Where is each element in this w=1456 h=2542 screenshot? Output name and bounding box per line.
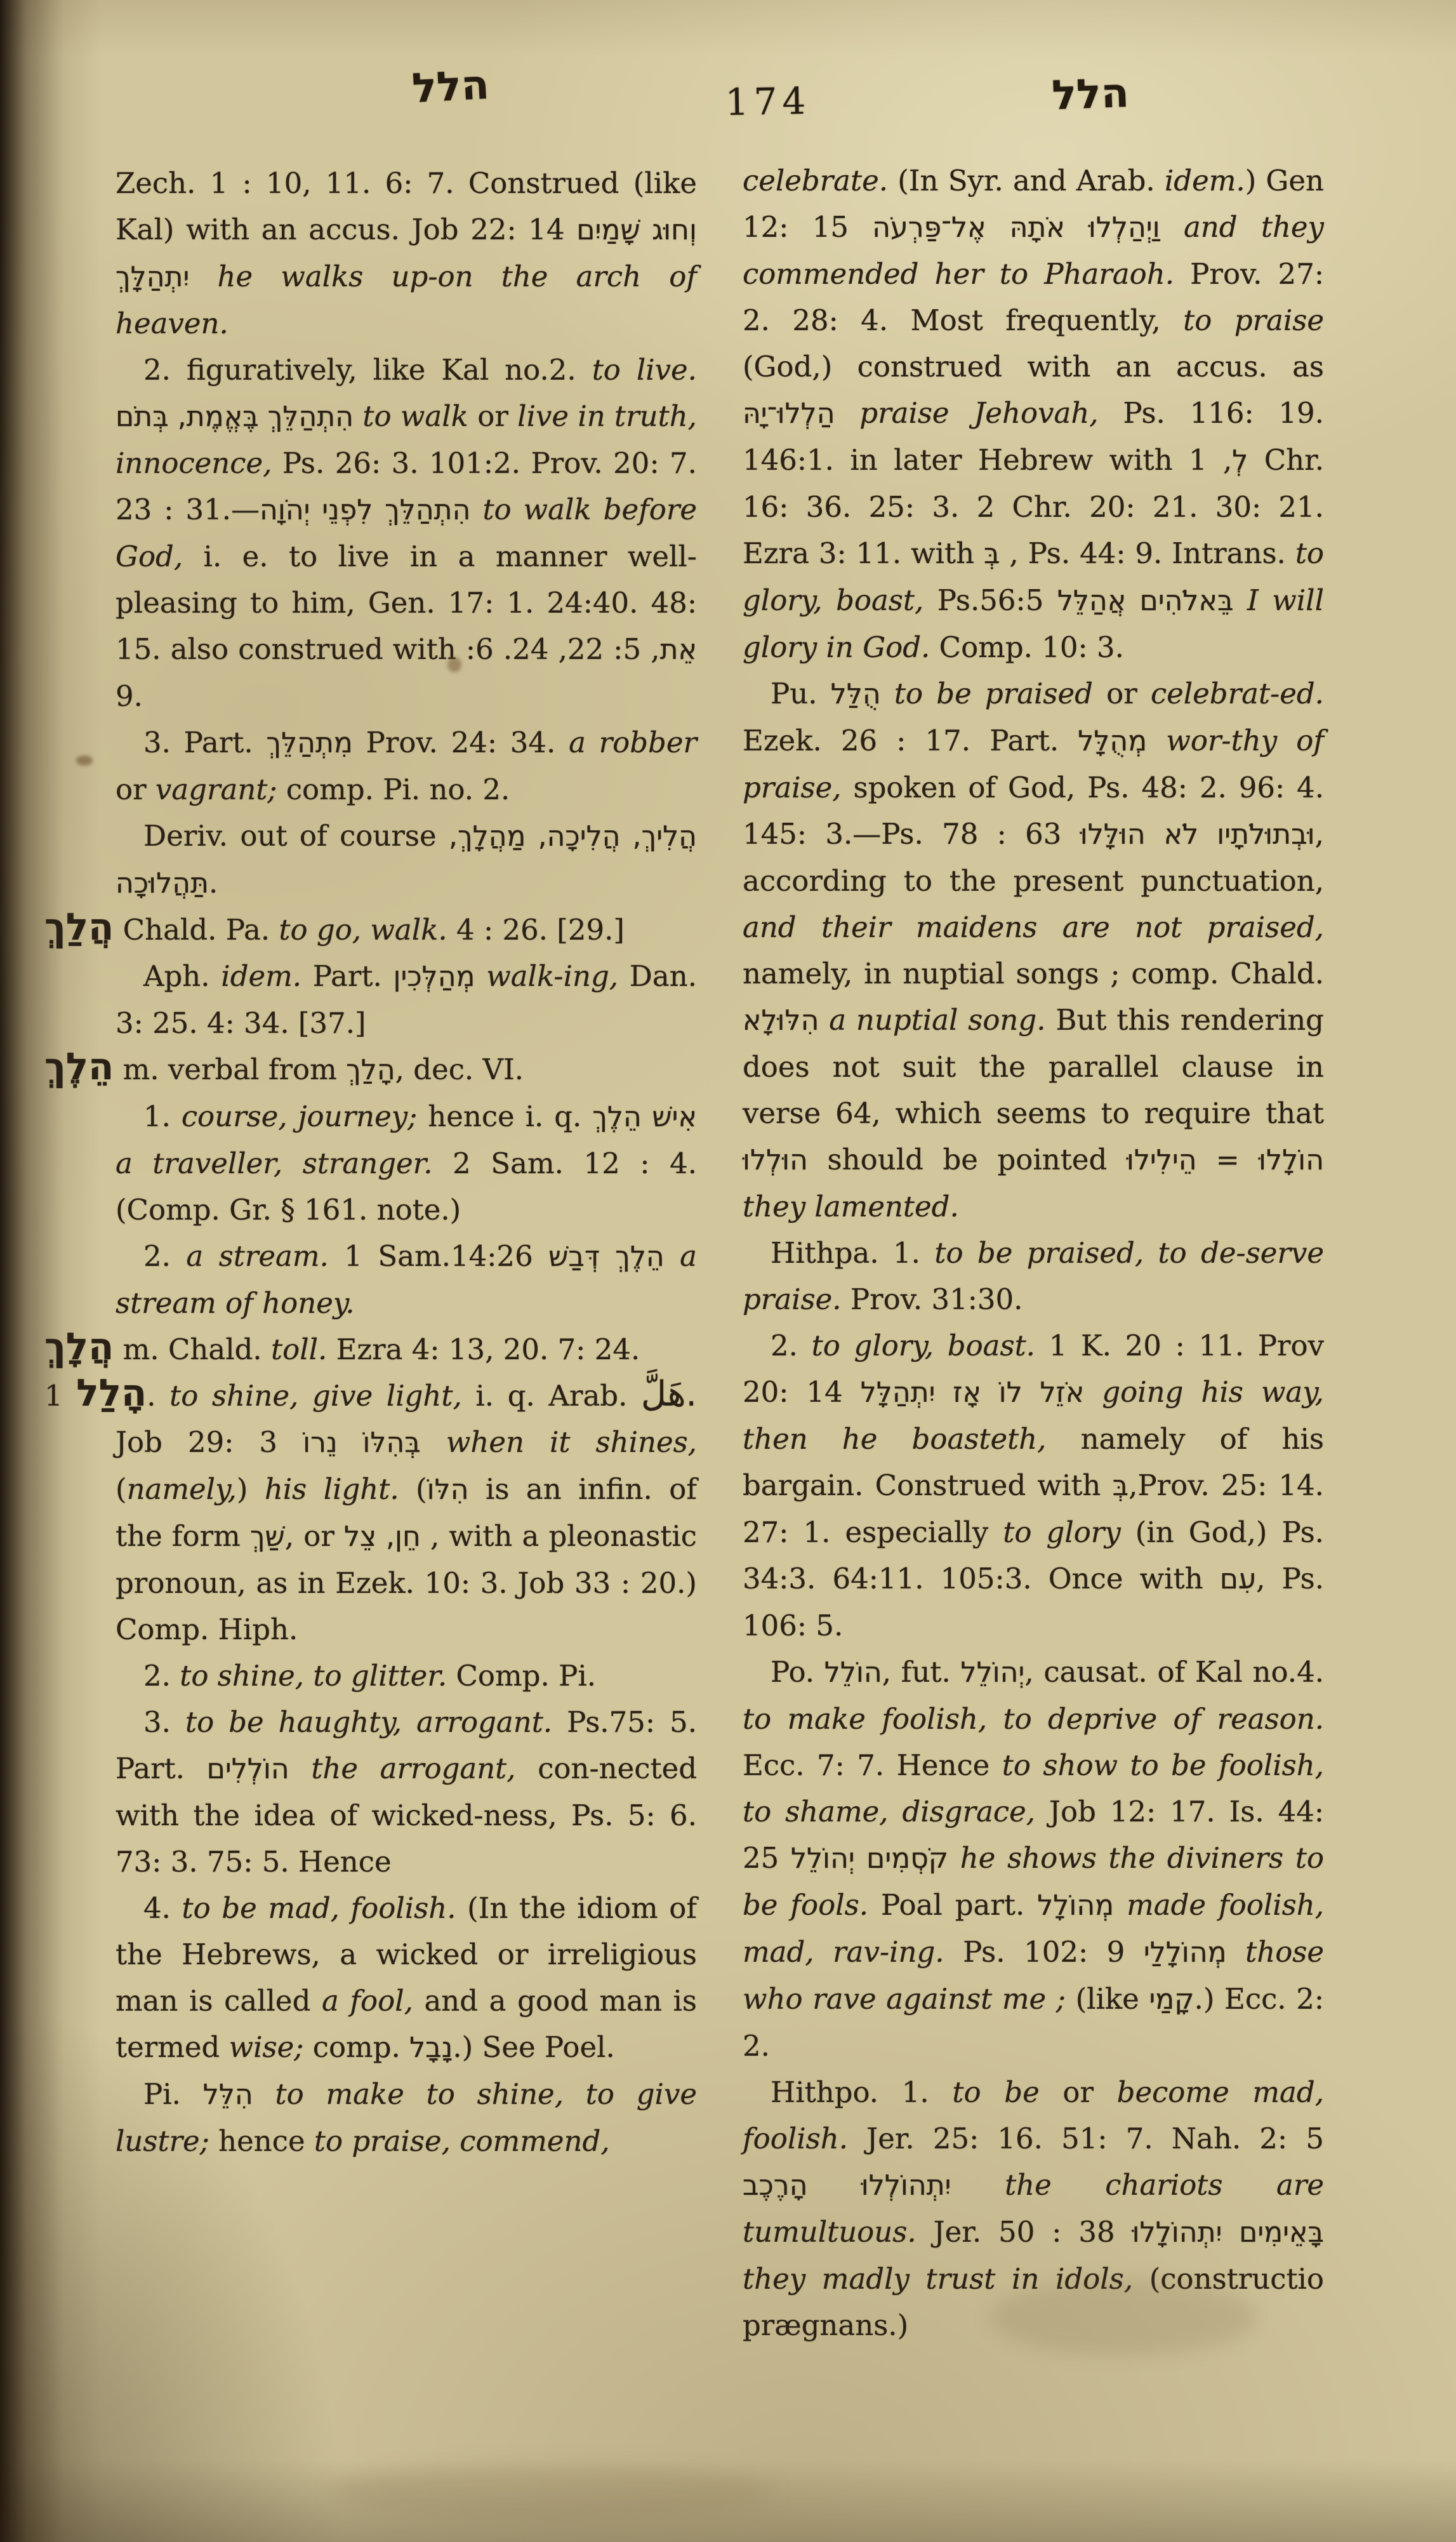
entry-paragraph: 2. figuratively, like Kal no.2. to live.… — [116, 347, 697, 719]
entry-paragraph: 3. to be haughty, arrogant. Ps.75: 5. Pa… — [116, 1699, 697, 1885]
entry-paragraph: הֲלָךְ m. Chald. toll. Ezra 4: 13, 20. 7… — [116, 1326, 697, 1373]
entry-paragraph: 1. course, journey; hence i. q. אִישׁ הֵ… — [116, 1093, 697, 1233]
entry-paragraph: celebrate. (In Syr. and Arab. idem.) Gen… — [743, 157, 1324, 670]
entry-paragraph: Hithpo. 1. to be or become mad, foolish.… — [743, 2069, 1324, 2348]
running-head: הלל 174 הלל — [0, 0, 1456, 165]
entry-paragraph: הֲלַךְ Chald. Pa. to go, walk. 4 : 26. [… — [116, 907, 697, 953]
entry-paragraph: Po. הוֹלֵל, fut. יְהוֹלֵל, causat. of Ka… — [743, 1649, 1324, 2069]
entry-paragraph: 3. Part. מִתְהַלֵּךְ Prov. 24: 34. a rob… — [116, 719, 697, 813]
hebrew-headword: הָלַל — [76, 1371, 147, 1414]
page-number: 174 — [725, 79, 811, 124]
lexicon-page: הלל 174 הלל Zech. 1 : 10, 11. 6: 7. Cons… — [0, 0, 1456, 2542]
entry-paragraph: Pu. הֻלַּל to be praised or celebrat-ed.… — [743, 670, 1324, 1230]
hebrew-headword: הֵלֶךְ — [44, 1045, 114, 1088]
entry-paragraph: הָלַל 1. to shine, give light, i. q. Ara… — [116, 1373, 697, 1653]
entry-paragraph: הֵלֶךְ m. verbal from הָלַךְ, dec. VI. — [116, 1046, 697, 1093]
ink-blemish — [76, 755, 93, 766]
entry-text: m. Chald. toll. Ezra 4: 13, 20. 7: 24. — [114, 1333, 640, 1366]
running-head-left-word: הלל — [411, 62, 490, 112]
entry-paragraph: Hithpa. 1. to be praised, to de-serve pr… — [743, 1230, 1324, 1322]
entry-paragraph: 2. to shine, to glitter. Comp. Pi. — [116, 1653, 697, 1699]
entry-paragraph: Zech. 1 : 10, 11. 6: 7. Construed (like … — [116, 160, 697, 347]
entry-text: 1. to shine, give light, i. q. Arab. هَل… — [44, 1379, 697, 1646]
hebrew-headword: הֲלָךְ — [44, 1325, 114, 1368]
hebrew-headword: הֲלַךְ — [44, 905, 114, 948]
running-head-right-word: הלל — [1051, 70, 1130, 119]
entry-text: m. verbal from הָלַךְ, dec. VI. — [114, 1053, 524, 1086]
entry-paragraph: Aph. idem. Part. מְהַלְּכִין walk-ing, D… — [116, 953, 697, 1046]
entry-paragraph: Pi. הִלֵּל to make to shine, to give lus… — [116, 2071, 697, 2164]
right-column: celebrate. (In Syr. and Arab. idem.) Gen… — [743, 157, 1324, 2348]
show-through-stain — [330, 2463, 774, 2520]
entry-paragraph: 2. to glory, boast. 1 K. 20 : 11. Prov 2… — [743, 1322, 1324, 1649]
entry-paragraph: Deriv. out of course הֲלִיךְ, הֲלִיכָה, … — [116, 813, 697, 907]
entry-paragraph: 2. a stream. 1 Sam.14:26 הֵלֶךְ דְּבַשׁ … — [116, 1233, 697, 1326]
entry-text: Chald. Pa. to go, walk. 4 : 26. [29.] — [114, 913, 625, 947]
scanned-book-page-body: { "document": { "kind": "hebrew-lexicon-… — [0, 0, 1456, 2542]
left-column: Zech. 1 : 10, 11. 6: 7. Construed (like … — [116, 160, 697, 2164]
entry-paragraph: 4. to be mad, foolish. (In the idiom of … — [116, 1885, 697, 2071]
